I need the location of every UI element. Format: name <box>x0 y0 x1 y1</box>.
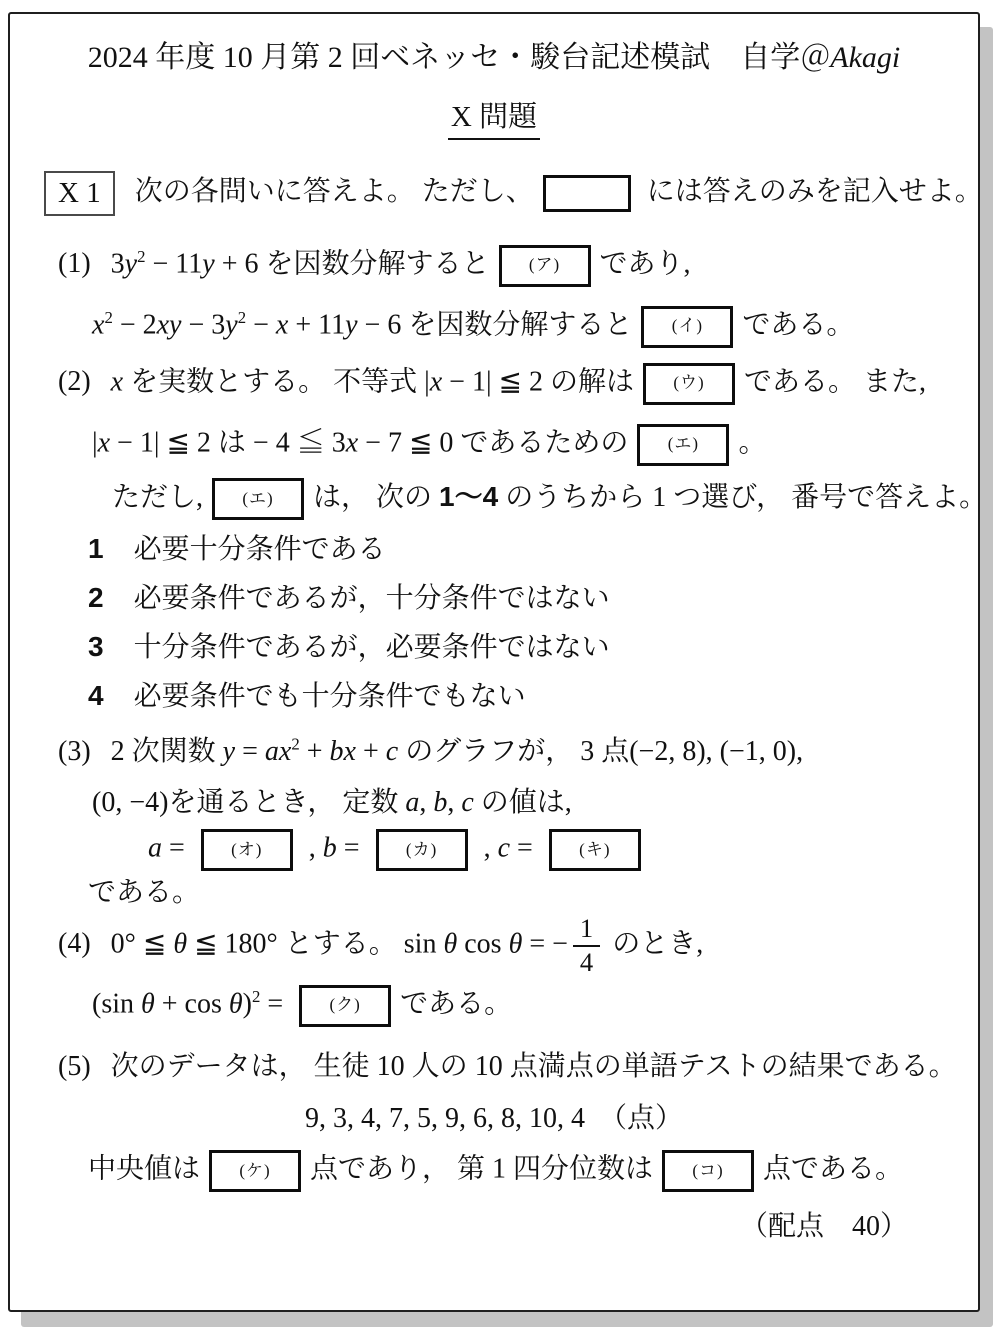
answer-box-label: (ク) <box>330 994 361 1017</box>
math-roman: − 4 ≦ 3 <box>246 427 346 458</box>
answer-box-blank <box>543 175 631 212</box>
question-number: (2) <box>58 366 91 397</box>
math-roman: = <box>162 832 192 863</box>
math-roman: = <box>235 736 265 767</box>
text: （点） <box>585 1103 683 1134</box>
text: つ選び， 番号で答えよ。 <box>666 482 980 513</box>
math-roman: − 3 <box>181 309 225 340</box>
math-italic: x <box>92 309 104 340</box>
math-roman: ) <box>243 988 252 1019</box>
problem-intro-line: X 1次の各問いに答えよ。 ただし、 には答えのみを記入せよ。 <box>44 171 944 216</box>
math-italic: θ <box>443 928 457 959</box>
answer-box: (キ) <box>549 829 641 871</box>
math-italic: b <box>433 787 447 818</box>
math-italic: xy <box>157 309 182 340</box>
q2-line-2: |x − 1| ≦ 2 は − 4 ≦ 3x − 7 ≦ 0 であるための(エ)… <box>44 424 944 466</box>
subtitle-line: X 問題 <box>44 94 944 140</box>
answer-box-label: (ウ) <box>673 372 704 395</box>
question-number: (5) <box>58 1051 91 1082</box>
math-italic: θ <box>509 928 523 959</box>
math-italic: c <box>498 832 510 863</box>
answer-box-label: (ア) <box>529 254 560 277</box>
math-roman: − 6 <box>358 309 409 340</box>
superscript: 2 <box>104 308 112 327</box>
text: とする。 <box>285 928 404 959</box>
q4-line-1: (4)0° ≦ θ ≦ 180° とする。 sin θ cos θ = −14 … <box>44 915 944 977</box>
exam-content: 2024 年度 10 月第 2 回ベネッセ・駿台記述模試 自学＠Akagi X … <box>10 14 978 1246</box>
math-italic: x <box>346 427 358 458</box>
text: である。 <box>400 988 512 1019</box>
superscript: 2 <box>291 735 299 754</box>
text: である。 また, <box>744 366 926 397</box>
text: である。 <box>88 877 200 908</box>
math-roman: = <box>510 832 540 863</box>
page-subtitle: X 問題 <box>448 94 540 140</box>
text: 点であり， 第 <box>310 1154 492 1185</box>
q2-line-3: ただし,(エ)は， 次の 1～4 のうちから 1 つ選び， 番号で答えよ。 <box>44 478 944 521</box>
math-roman: 1 <box>492 1154 513 1185</box>
math-roman: , <box>302 832 323 863</box>
text: を因数分解すると <box>265 248 489 279</box>
math-italic: θ <box>173 928 187 959</box>
score-note: （配点 40） <box>44 1208 944 1246</box>
q3-line-1: (3)2 次関数 y = ax2 + bx + c のグラフが， 3 点(−2,… <box>44 733 944 771</box>
math-roman: (0, −4) <box>92 787 168 818</box>
math-italic: ax <box>265 736 291 767</box>
choice-number: 3 <box>88 631 104 662</box>
text: 次のデータは， 生徒 <box>111 1051 377 1082</box>
answer-box-label: (イ) <box>672 315 703 338</box>
math-roman: 2 <box>111 736 132 767</box>
text: 。 <box>738 427 766 458</box>
text: であり, <box>600 248 691 279</box>
math-roman: , <box>477 832 498 863</box>
choice-text: 必要条件でも十分条件でもない <box>134 681 526 712</box>
math-roman: (−2, 8), (−1, 0), <box>629 736 803 767</box>
math-roman: + 11 <box>288 309 345 340</box>
math-roman: sin <box>404 928 444 959</box>
q3-line-4: である。 <box>44 874 944 912</box>
text: のうちから <box>498 482 652 513</box>
text: を因数分解すると <box>408 309 632 340</box>
question-number: (4) <box>58 928 91 959</box>
text: 人の <box>412 1051 475 1082</box>
exam-paper: 2024 年度 10 月第 2 回ベネッセ・駿台記述模試 自学＠Akagi X … <box>8 12 980 1312</box>
math-roman: (sin <box>92 988 141 1019</box>
answer-box: (エ) <box>637 424 729 466</box>
text: である。 <box>742 309 854 340</box>
text: のとき, <box>605 928 703 959</box>
choice-row-2: 2必要条件であるが，十分条件ではない <box>44 579 944 618</box>
answer-box-label: (キ) <box>579 839 610 862</box>
q3-line-3: a = (オ) , b = (カ) , c = (キ) <box>44 829 944 871</box>
answer-box: (オ) <box>201 829 293 871</box>
math-roman: 10 <box>475 1051 510 1082</box>
text: を実数とする。 不等式 <box>123 366 424 397</box>
choice-row-1: 1必要十分条件である <box>44 530 944 569</box>
text: の解は <box>550 366 634 397</box>
math-roman: = <box>337 832 367 863</box>
q3-line-2: (0, −4)を通るとき， 定数 a, b, c の値は, <box>44 784 944 822</box>
math-italic: a <box>405 787 419 818</box>
problem-intro-text: 次の各問いに答えよ。 ただし、 には答えのみを記入せよ。 <box>135 176 980 207</box>
math-italic: y <box>225 309 237 340</box>
answer-box: (エ) <box>212 478 304 520</box>
math-roman: − 2 <box>113 309 157 340</box>
choice-number: 2 <box>88 582 104 613</box>
answer-box-label: (コ) <box>692 1160 723 1183</box>
math-italic: c <box>461 787 473 818</box>
math-roman: cos <box>457 928 508 959</box>
math-roman: − 7 ≦ 0 <box>358 427 460 458</box>
math-roman: 10 <box>377 1051 412 1082</box>
math-roman: − 1| ≦ 2 <box>110 427 218 458</box>
text: 四分位数は <box>513 1154 653 1185</box>
q2-line-1: (2)x を実数とする。 不等式 |x − 1| ≦ 2 の解は(ウ)である。 … <box>44 363 944 405</box>
math-italic: b <box>323 832 337 863</box>
choice-row-4: 4必要条件でも十分条件でもない <box>44 677 944 716</box>
math-italic: x <box>111 366 123 397</box>
math-roman: 0° ≦ <box>111 928 174 959</box>
text: 点満点の単語テストの結果である。 <box>510 1051 957 1082</box>
answer-box-label: (ケ) <box>239 1160 270 1183</box>
math-italic: a <box>148 832 162 863</box>
superscript: 2 <box>238 308 246 327</box>
q5-data-line: 9, 3, 4, 7, 5, 9, 6, 8, 10, 4 （点） <box>44 1100 944 1138</box>
choice-text: 十分条件であるが，必要条件ではない <box>134 632 610 663</box>
math-italic: y <box>202 248 214 279</box>
math-roman: 1 <box>652 482 666 513</box>
answer-box: (イ) <box>641 306 733 348</box>
math-italic: x <box>276 309 288 340</box>
q5-line-1: (5)次のデータは， 生徒 10 人の 10 点満点の単語テストの結果である。 <box>44 1048 944 1086</box>
text: を通るとき， 定数 <box>168 787 405 818</box>
text: のグラフが， <box>398 736 580 767</box>
math-roman: = <box>260 988 290 1019</box>
math-roman: , <box>419 787 433 818</box>
text: の値は, <box>474 787 572 818</box>
text: 次関数 <box>132 736 223 767</box>
text: 中央値は <box>88 1154 200 1185</box>
math-roman: + <box>356 736 386 767</box>
fraction-numerator: 1 <box>573 915 600 945</box>
q5-line-3: 中央値は(ケ)点であり， 第 1 四分位数は(コ)点である。 <box>44 1150 944 1192</box>
answer-box: (ク) <box>299 985 391 1027</box>
fraction-denominator: 4 <box>573 945 600 977</box>
fraction: 14 <box>573 915 600 977</box>
answer-box: (ケ) <box>209 1150 301 1192</box>
choice-text: 必要条件であるが，十分条件ではない <box>134 583 610 614</box>
answer-box: (カ) <box>376 829 468 871</box>
text: ただし, <box>112 482 203 513</box>
math-italic: y <box>345 309 357 340</box>
q1-line-2: x2 − 2xy − 3y2 − x + 11y − 6 を因数分解すると(イ)… <box>44 306 944 348</box>
math-roman: 9, 3, 4, 7, 5, 9, 6, 8, 10, 4 <box>305 1103 585 1134</box>
math-italic: y <box>223 736 235 767</box>
question-number: (1) <box>58 248 91 279</box>
math-roman: = − <box>522 928 568 959</box>
math-roman: ≦ 180° <box>187 928 285 959</box>
choice-row-3: 3十分条件であるが，必要条件ではない <box>44 628 944 667</box>
text: 点である。 <box>763 1154 903 1185</box>
math-italic: bx <box>330 736 356 767</box>
math-italic: x <box>98 427 110 458</box>
script-text: Akagi <box>830 41 900 74</box>
answer-box: (ア) <box>499 245 591 287</box>
answer-box-label: (エ) <box>242 488 273 511</box>
choice-number: 1 <box>88 533 104 564</box>
math-italic: θ <box>141 988 155 1019</box>
math-roman: − 1| ≦ 2 <box>442 366 550 397</box>
question-number: (3) <box>58 736 91 767</box>
math-roman: 3 <box>111 248 125 279</box>
math-italic: x <box>430 366 442 397</box>
answer-box-label: (カ) <box>406 839 437 862</box>
text: 2024 年度 10 月第 2 回ベネッセ・駿台記述模試 自学＠ <box>88 41 831 74</box>
problem-number-box: X 1 <box>44 171 115 216</box>
math-italic: c <box>386 736 398 767</box>
answer-box-label: (エ) <box>668 433 699 456</box>
page-title: 2024 年度 10 月第 2 回ベネッセ・駿台記述模試 自学＠Akagi <box>44 38 944 79</box>
answer-box: (コ) <box>662 1150 754 1192</box>
choice-text: 必要十分条件である <box>134 534 386 565</box>
math-roman: + <box>300 736 330 767</box>
text: には答えのみを記入せよ。 <box>640 176 980 207</box>
math-roman: + 6 <box>215 248 266 279</box>
math-roman: 3 <box>580 736 601 767</box>
answer-box-label: (オ) <box>231 839 262 862</box>
q4-line-2: (sin θ + cos θ)2 = (ク)である。 <box>44 985 944 1027</box>
math-roman: , <box>447 787 461 818</box>
text: 次の各問いに答えよ。 ただし、 <box>135 176 534 207</box>
answer-box: (ウ) <box>643 363 735 405</box>
math-roman: − 11 <box>145 248 202 279</box>
choice-number: 4 <box>88 680 104 711</box>
math-italic: θ <box>229 988 243 1019</box>
text: は <box>218 427 246 458</box>
math-roman: − <box>246 309 276 340</box>
math-roman: + cos <box>155 988 229 1019</box>
text: 点 <box>601 736 629 767</box>
math-italic: y <box>125 248 137 279</box>
text: であるための <box>460 427 628 458</box>
q1-line-1: (1)3y2 − 11y + 6 を因数分解すると(ア)であり, <box>44 245 944 287</box>
bold-number: 1～4 <box>439 481 498 512</box>
text: は， 次の <box>313 482 439 513</box>
